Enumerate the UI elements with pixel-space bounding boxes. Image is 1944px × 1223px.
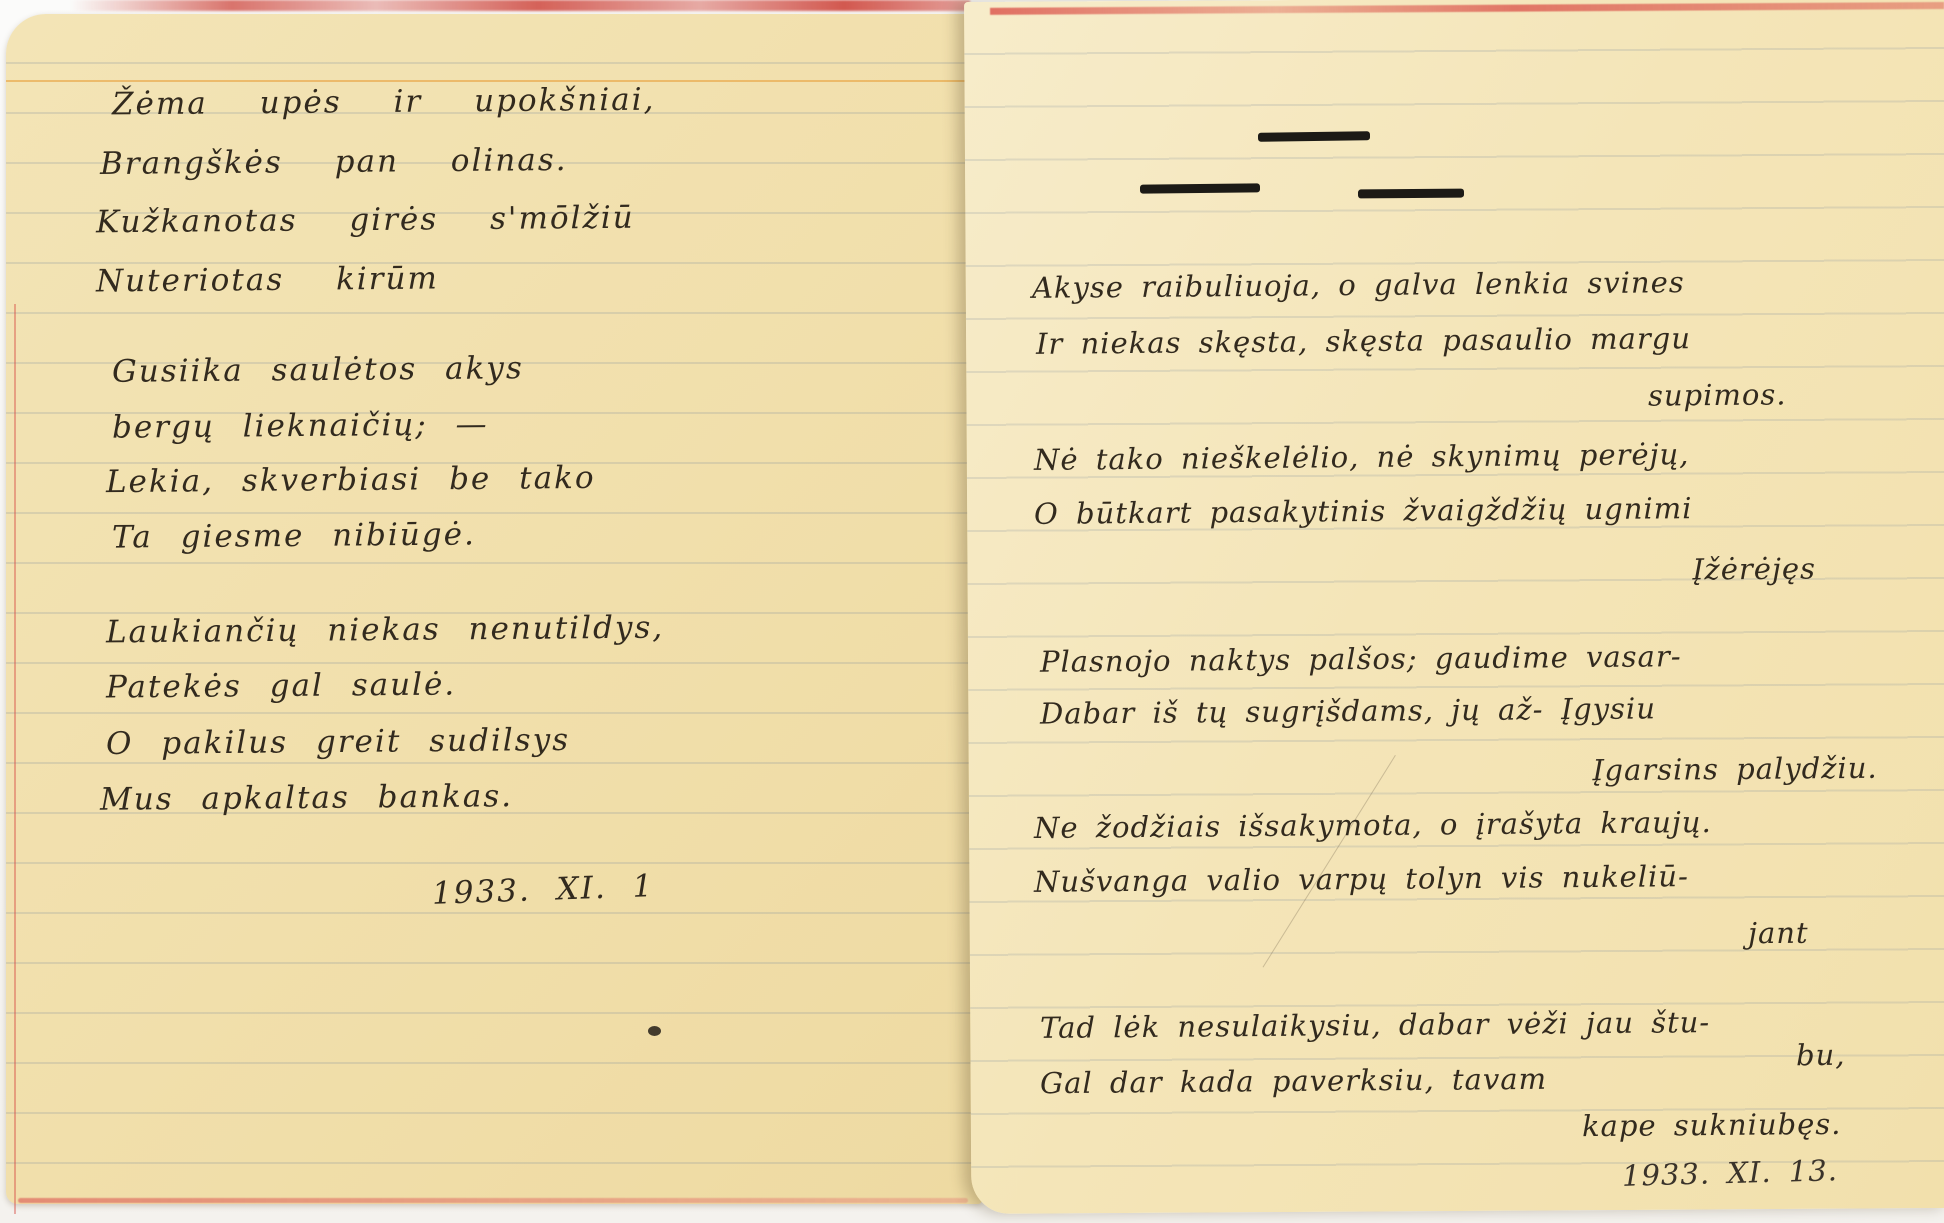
verse-line: Kužkanotas girės s'mōlžiū (96, 200, 635, 241)
verse-line: Nušvanga valio varpų tolyn vis nukeliū- (1034, 859, 1689, 899)
verse-line: Nė tako nieškelėlio, nė skynimų perėjų, (1034, 437, 1690, 477)
verse-line: Dabar iš tų sugrįšdams, jų až- Įgysiu (1040, 691, 1656, 730)
verse-line: supimos. (1648, 377, 1787, 412)
red-top-edge-line (990, 2, 1944, 15)
verse-line: Tad lėk nesulaikysiu, dabar vėži jau štu… (1040, 1005, 1710, 1045)
verse-line: Įžėrėjęs (1692, 551, 1816, 586)
verse-line: Plasnojo naktys palšos; gaudime vasar- (1040, 639, 1682, 679)
verse-line: O pakilus greit sudilsys (106, 722, 570, 762)
verse-line: kape sukniubęs. (1582, 1107, 1842, 1143)
red-margin-line (14, 304, 16, 1214)
date-annotation: 1933. XI. 13. (1622, 1153, 1839, 1193)
title-dash (1258, 131, 1370, 142)
verse-line: Gusiika saulėtos akys (112, 350, 524, 390)
title-dash (1140, 183, 1260, 193)
verse-line: Lekia, skverbiasi be tako (106, 460, 596, 500)
verse-line: Ne žodžiais išsakymota, o įrašyta kraujų… (1034, 805, 1712, 845)
verse-line: Laukiančių niekas nenutildys, (106, 610, 664, 651)
verse-line: jant (1748, 916, 1809, 951)
verse-line: bergų lieknaičių; — (112, 406, 489, 445)
verse-line: Žėma upės ir upokšniai, (112, 82, 656, 123)
red-top-edge-smudge (70, 0, 970, 11)
verse-line: O būtkart pasakytinis žvaigždžių ugnimi (1034, 491, 1693, 531)
verse-line: Ta giesme nibiūgė. (112, 516, 476, 555)
verse-line: Akyse raibuliuoja, o galva lenkia svines (1032, 265, 1685, 305)
verse-line: Įgarsins palydžiu. (1592, 751, 1878, 787)
verse-line: Nuteriotas kirūm (96, 261, 439, 300)
verse-line: Gal dar kada paverksiu, tavam (1040, 1062, 1547, 1100)
verse-line: Patekės gal saulė. (106, 666, 457, 705)
verse-line: Ir niekas skęsta, skęsta pasaulio margu (1036, 321, 1691, 361)
left-page (6, 14, 982, 1204)
verse-line: Mus apkaltas bankas. (100, 778, 513, 818)
orange-margin-rule (6, 80, 982, 82)
title-dash (1358, 189, 1464, 199)
verse-line: Brangškės pan olinas. (100, 142, 568, 182)
verse-line-superscript: bu, (1796, 1038, 1846, 1072)
scanned-notebook-spread: { "document": { "kind": "handwritten poe… (0, 0, 1944, 1223)
